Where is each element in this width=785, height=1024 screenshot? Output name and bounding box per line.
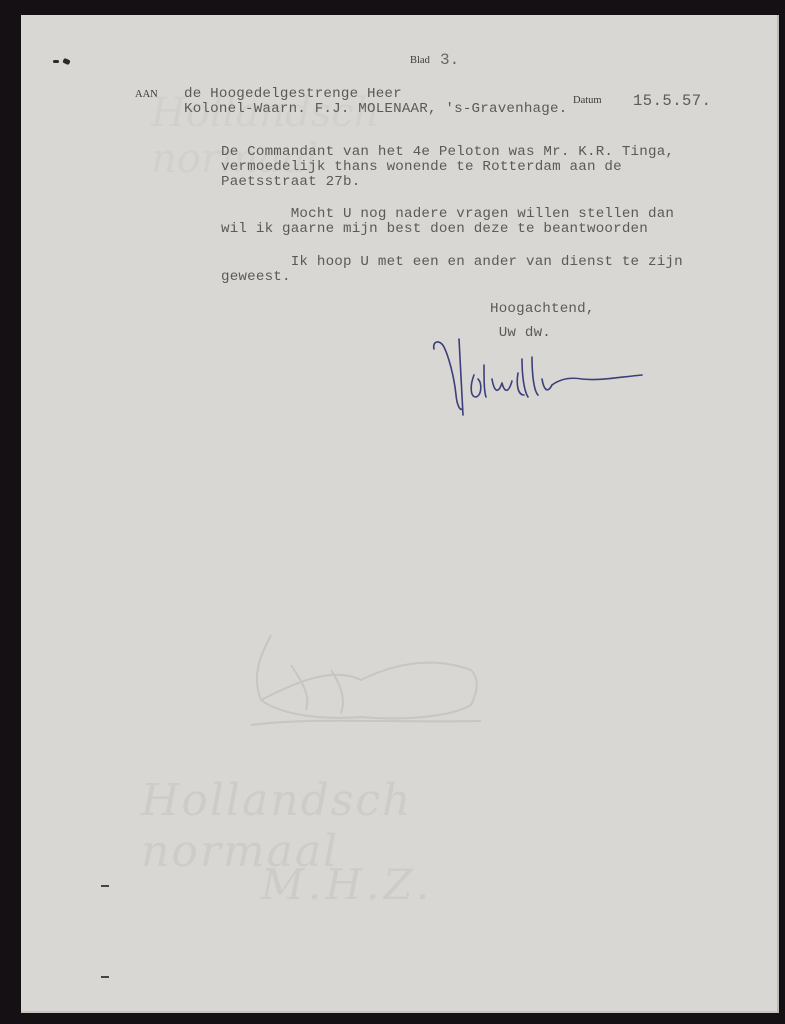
recipient-line-1: de Hoogedelgestrenge Heer <box>184 87 402 102</box>
recipient-label: AAN <box>135 89 158 100</box>
paragraph-1-line-1: De Commandant van het 4e Peloton was Mr.… <box>221 145 674 160</box>
date-value: 15.5.57. <box>633 92 711 110</box>
page-number: 3. <box>440 51 459 69</box>
date-label: Datum <box>573 95 602 106</box>
paragraph-1-line-2: vermoedelijk thans wonende te Rotterdam … <box>221 160 622 175</box>
watermark-initials: M.H.Z. <box>261 860 433 909</box>
recipient-line-2: Kolonel-Waarn. F.J. MOLENAAR, 's-Gravenh… <box>184 102 567 117</box>
closing-salutation: Hoogachtend, <box>490 302 595 317</box>
corner-mark <box>53 58 73 66</box>
paragraph-3-line-2: geweest. <box>221 270 291 285</box>
letter-page: Hollandsch normaal M.H.Z. Hollandsch nor… <box>21 15 779 1013</box>
paragraph-3-line-1: Ik hoop U met een en ander van dienst te… <box>221 255 683 270</box>
page-label: Blad <box>410 55 430 66</box>
paragraph-1-line-3: Paetsstraat 27b. <box>221 175 360 190</box>
lion-watermark-icon <box>231 625 491 735</box>
paragraph-2-line-1: Mocht U nog nadere vragen willen stellen… <box>221 207 674 222</box>
handwritten-signature <box>430 335 650 420</box>
margin-tick <box>101 976 109 978</box>
margin-tick <box>101 885 109 887</box>
paragraph-2-line-2: wil ik gaarne mijn best doen deze te bea… <box>221 222 648 237</box>
